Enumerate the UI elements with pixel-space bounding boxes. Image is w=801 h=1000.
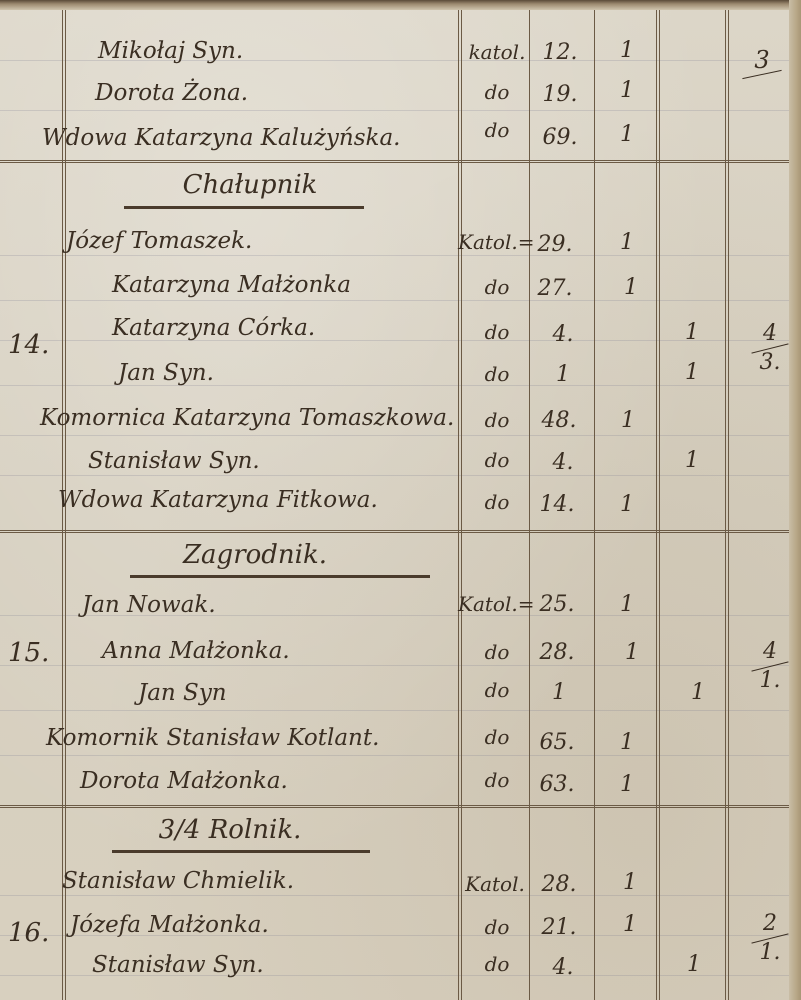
entry-child-count: 1 [674,952,714,977]
ruled-line [0,475,789,476]
entry-status: do [462,320,532,344]
entry-male-count: 1 [607,122,647,147]
entry-age: 1 [524,680,594,705]
house-total-fraction: 2 1. [745,912,795,965]
entry-male-count: 1 [610,912,650,937]
entry-name: Katarzyna Małżonka [112,272,351,298]
section-divider [0,805,789,808]
entry-status: do [462,408,532,432]
total-denominator: 1. [760,668,781,693]
entry-child-count: 1 [672,320,712,345]
entry-age: 28. [522,640,592,665]
entry-male-count: 1 [607,730,647,755]
entry-age: 28. [524,872,594,897]
entry-age: 4. [528,322,598,347]
entry-age: 65. [522,730,592,755]
entry-name: Komornik Stanisław Kotlant. [46,725,379,751]
register-page: Mikołaj Syn. Dorota Żona. Wdowa Katarzyn… [0,0,801,1000]
entry-status: do [462,448,532,472]
entry-male-count: 1 [607,78,647,103]
entry-status: do [462,952,532,976]
entry-age: 29. [520,232,590,257]
entry-name: Stanisław Syn. [88,448,260,474]
entry-age: 21. [524,915,594,940]
total-denominator: 3. [760,350,781,375]
ruled-line [0,435,789,436]
entry-male-count: 1 [608,408,648,433]
page-top-edge [0,0,801,10]
entry-status: do [462,678,532,702]
column-divider-males [656,10,660,1000]
entry-age: 19. [525,82,595,107]
entry-age: 4. [528,955,598,980]
total-numerator: 4 [763,639,777,664]
entry-status: do [462,118,532,142]
entry-male-count: 1 [612,640,652,665]
house-number: 14. [8,330,49,360]
entry-age: 48. [524,408,594,433]
column-divider-age [594,10,595,1000]
ruled-line [0,110,789,111]
entry-name: Jan Nowak. [82,592,216,618]
entry-age: 69. [525,125,595,150]
entry-child-count: 1 [672,448,712,473]
entry-age: 14. [522,492,592,517]
entry-name: Dorota Żona. [95,80,248,106]
total-numerator: 2 [763,911,777,936]
entry-status: Katol.= [458,230,528,254]
entry-male-count: 1 [607,38,647,63]
ruled-line [0,710,789,711]
entry-name: Stanisław Chmielik. [62,868,294,894]
house-total: 3 [742,48,782,75]
ruled-line [0,755,789,756]
ruled-line [0,300,789,301]
entry-name: Mikołaj Syn. [98,38,243,64]
entry-name: Dorota Małżonka. [80,768,288,794]
entry-name: Jan Syn [138,680,227,706]
house-number: 15. [8,638,49,668]
entry-name: Anna Małżonka. [102,638,290,664]
section-divider [0,160,789,163]
entry-status: katol. [462,40,532,64]
house-total-value: 3 [754,46,769,74]
entry-age: 25. [522,592,592,617]
entry-age: 4. [528,450,598,475]
section-heading: 3/4 Rolnik. [140,815,320,845]
entry-age: 12. [525,40,595,65]
entry-name: Józefa Małżonka. [70,912,269,938]
entry-name: Józef Tomaszek. [66,228,252,254]
entry-age: 27. [520,276,590,301]
entry-age: 1 [528,362,598,387]
entry-name: Komornica Katarzyna Tomaszkowa. [40,405,454,431]
section-divider [0,530,789,533]
entry-male-count: 1 [607,772,647,797]
page-right-edge [789,0,801,1000]
house-total-fraction: 4 1. [745,640,795,693]
entry-male-count: 1 [611,275,651,300]
ruled-line [0,895,789,896]
entry-status: do [462,915,532,939]
entry-age: 63. [522,772,592,797]
entry-name: Wdowa Katarzyna Fitkowa. [58,487,378,513]
total-numerator: 4 [763,321,777,346]
heading-underline [124,206,364,209]
entry-male-count: 1 [610,870,650,895]
entry-name: Jan Syn. [118,360,214,386]
column-divider-children [725,10,729,1000]
entry-name: Stanisław Syn. [92,952,264,978]
entry-status: do [462,362,532,386]
section-heading: Chałupnik [145,170,355,200]
total-denominator: 1. [760,940,781,965]
ruled-line [0,255,789,256]
entry-male-count: 1 [607,230,647,255]
house-number: 16. [8,918,49,948]
entry-male-count: 1 [607,592,647,617]
entry-male-count: 1 [607,492,647,517]
heading-underline [130,575,430,578]
entry-name: Wdowa Katarzyna Kalużyńska. [42,125,400,151]
heading-underline [112,850,370,853]
section-heading: Zagrodnik. [165,540,345,570]
house-total-fraction: 4 3. [745,322,795,375]
ruled-line [0,665,789,666]
entry-status: do [462,80,532,104]
entry-status: Katol. [460,872,530,896]
entry-child-count: 1 [672,360,712,385]
entry-status: Katol.= [458,592,528,616]
entry-child-count: 1 [678,680,718,705]
entry-name: Katarzyna Córka. [112,315,315,341]
